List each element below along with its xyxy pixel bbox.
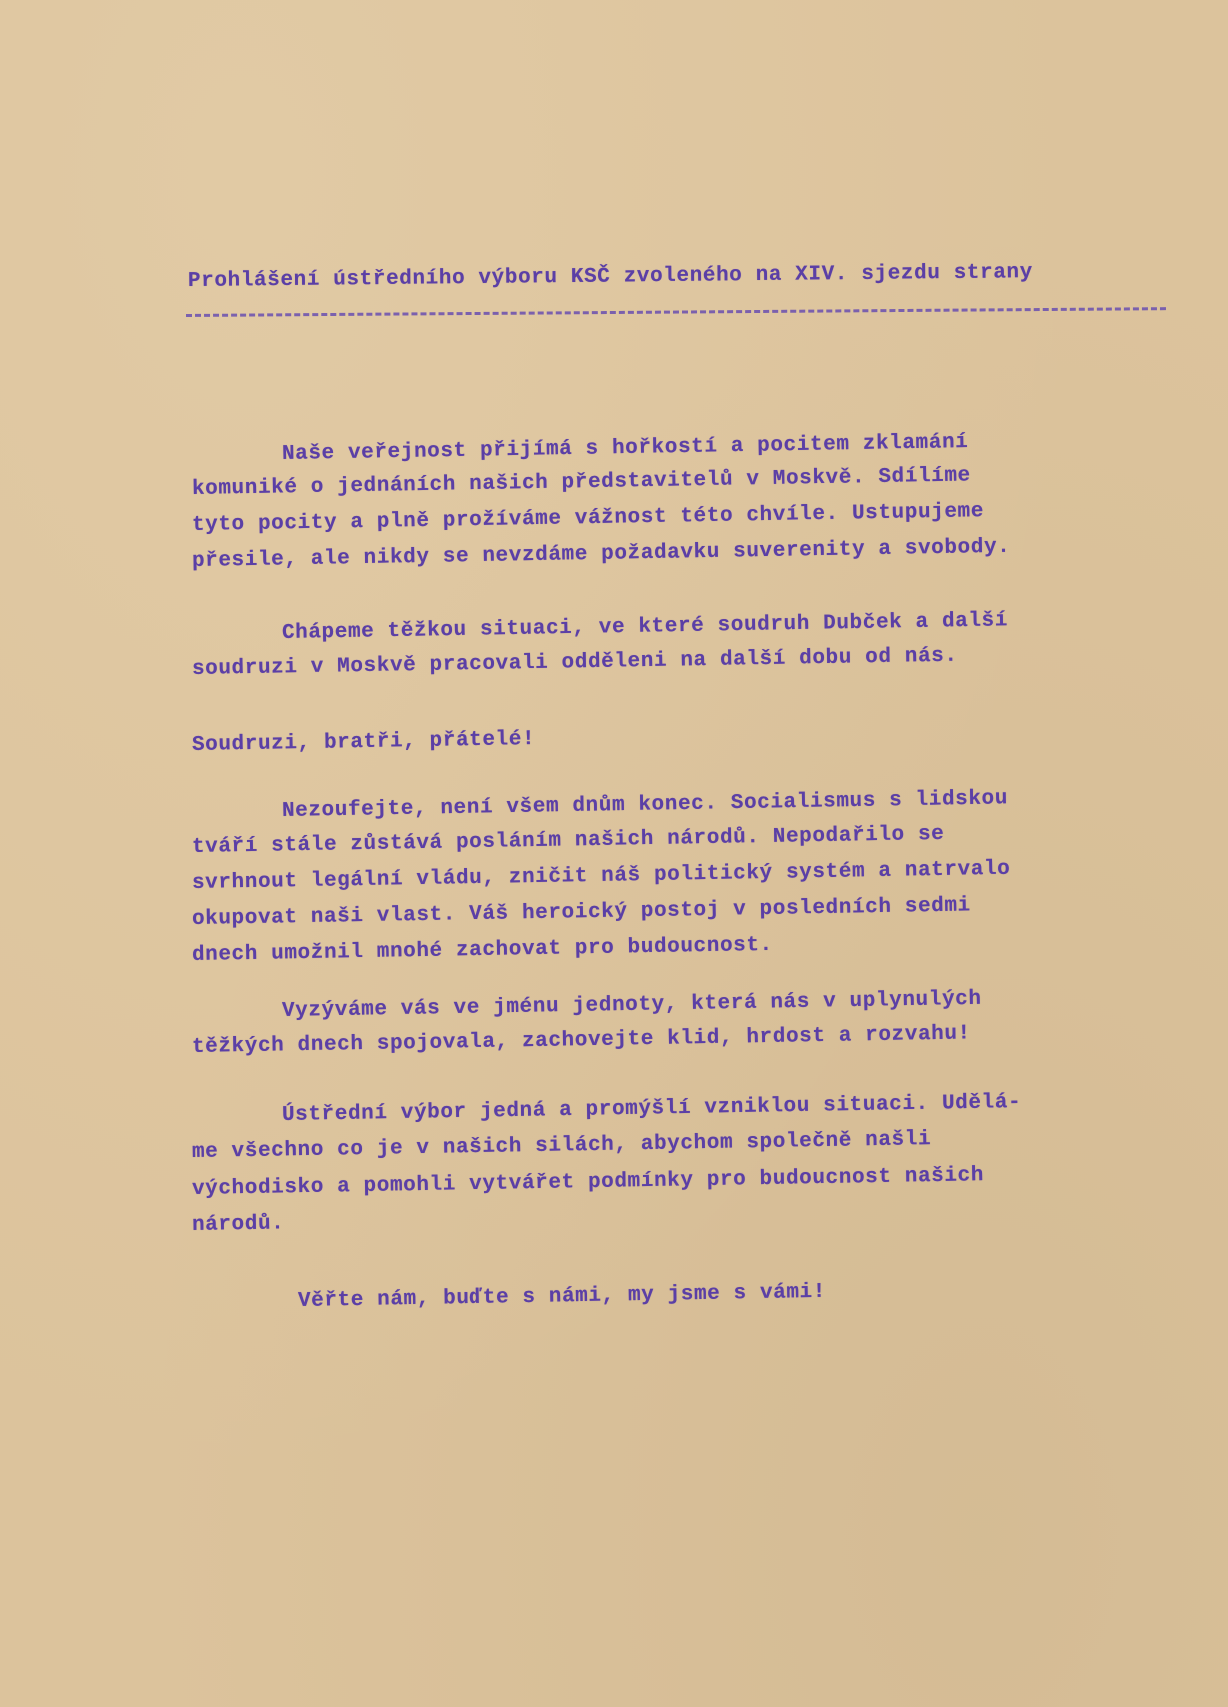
- document-title: Prohlášení ústředního výboru KSČ zvolené…: [188, 261, 1033, 293]
- text-line: Chápeme těžkou situaci, ve které soudruh…: [282, 609, 1008, 645]
- text-line: tváří stále zůstává posláním našich náro…: [192, 823, 945, 859]
- text-line: těžkých dnech spojovala, zachovejte klid…: [192, 1022, 971, 1059]
- closing-line: Věřte nám, buďte s námi, my jsme s vámi!: [298, 1281, 826, 1313]
- text-line: soudruzi v Moskvě pracovali odděleni na …: [192, 645, 958, 681]
- text-line: Vyzýváme vás ve jménu jednoty, která nás…: [282, 988, 982, 1023]
- text-line: svrhnout legální vládu, zničit náš polit…: [192, 858, 1011, 895]
- text-line: východisko a pomohli vytvářet podmínky p…: [192, 1164, 984, 1201]
- text-line: komuniké o jednáních našich představitel…: [192, 464, 971, 501]
- text-line: dnech umožnil mnohé zachovat pro budoucn…: [192, 934, 773, 967]
- text-line: okupovat naši vlast. Váš heroický postoj…: [192, 894, 971, 931]
- salutation: Soudruzi, bratři, přátelé!: [192, 728, 536, 757]
- text-line: tyto pocity a plně prožíváme vážnost tét…: [192, 500, 984, 537]
- text-line: Nezoufejte, není všem dnům konec. Social…: [282, 787, 1008, 823]
- paper-background: Prohlášení ústředního výboru KSČ zvolené…: [0, 0, 1228, 1707]
- text-line: Naše veřejnost přijímá s hořkostí a poci…: [282, 431, 969, 466]
- text-line: Ústřední výbor jedná a promýšlí vzniklou…: [282, 1091, 1022, 1127]
- text-line: přesile, ale nikdy se nevzdáme požadavku…: [192, 536, 1011, 573]
- title-underline: [186, 307, 1166, 317]
- text-line: me všechno co je v našich silách, abycho…: [192, 1128, 932, 1164]
- text-line: národů.: [192, 1212, 285, 1237]
